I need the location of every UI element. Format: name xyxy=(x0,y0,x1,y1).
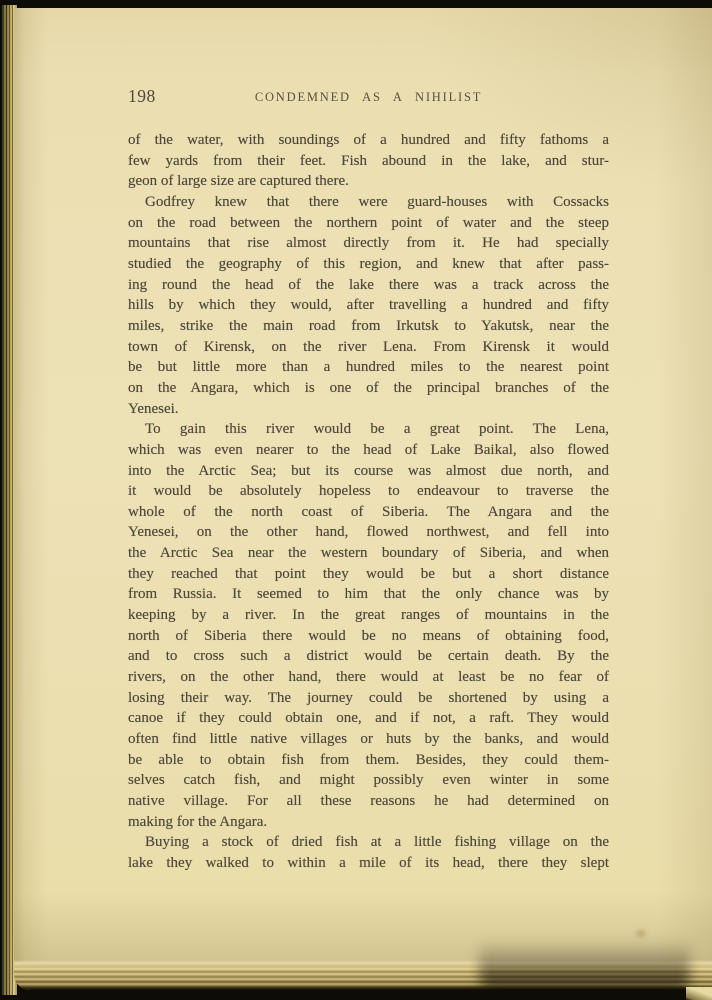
text-line: miles, strike the main road from Irkutsk… xyxy=(128,316,609,337)
text-line: it would be absolutely hopeless to endea… xyxy=(128,481,609,502)
text-line: Yenesei. xyxy=(128,399,609,420)
paragraph: To gain this river would be a great poin… xyxy=(128,419,609,832)
text-line: of the water, with soundings of a hundre… xyxy=(128,130,609,151)
text-line: often find little native villages or hut… xyxy=(128,729,609,750)
page-number: 198 xyxy=(128,86,156,107)
text-line: Buying a stock of dried fish at a little… xyxy=(128,832,609,853)
text-line: on the Angara, which is one of the princ… xyxy=(128,378,609,399)
bottom-shadow xyxy=(479,940,690,988)
text-line: which was even nearer to the head of Lak… xyxy=(128,440,609,461)
text-line: selves catch fish, and might possibly ev… xyxy=(128,770,609,791)
text-line: hills by which they would, after travell… xyxy=(128,295,609,316)
text-line: north of Siberia there would be no means… xyxy=(128,626,609,647)
text-line: keeping by a river. In the great ranges … xyxy=(128,605,609,626)
text-line: town of Kirensk, on the river Lena. From… xyxy=(128,337,609,358)
book-scan: 198 CONDEMNED AS A NIHILIST of the water… xyxy=(0,0,712,1000)
text-line: the Arctic Sea near the western boundary… xyxy=(128,543,609,564)
text-line: canoe if they could obtain one, and if n… xyxy=(128,708,609,729)
text-line: To gain this river would be a great poin… xyxy=(128,419,609,440)
text-line: be able to obtain fish from them. Beside… xyxy=(128,750,609,771)
running-title: CONDEMNED AS A NIHILIST xyxy=(128,86,609,105)
paragraph: Godfrey knew that there were guard-house… xyxy=(128,192,609,419)
text-body: of the water, with soundings of a hundre… xyxy=(128,130,609,874)
cover-corner xyxy=(686,987,712,1000)
paragraph: of the water, with soundings of a hundre… xyxy=(128,130,609,192)
text-line: few yards from their feet. Fish abound i… xyxy=(128,151,609,172)
text-line: be but little more than a hundred miles … xyxy=(128,357,609,378)
text-line: Godfrey knew that there were guard-house… xyxy=(128,192,609,213)
text-line: losing their way. The journey could be s… xyxy=(128,688,609,709)
text-line: studied the geography of this region, an… xyxy=(128,254,609,275)
text-line: Yenesei, on the other hand, flowed north… xyxy=(128,522,609,543)
text-line: rivers, on the other hand, there would a… xyxy=(128,667,609,688)
text-line: native village. For all these reasons he… xyxy=(128,791,609,812)
foxing-spot xyxy=(636,930,646,937)
text-line: whole of the north coast of Siberia. The… xyxy=(128,502,609,523)
text-line: mountains that rise almost directly from… xyxy=(128,233,609,254)
page-header: 198 CONDEMNED AS A NIHILIST xyxy=(128,86,609,105)
text-line: making for the Angara. xyxy=(128,812,609,833)
text-line: ing round the head of the lake there was… xyxy=(128,275,609,296)
book-page: 198 CONDEMNED AS A NIHILIST of the water… xyxy=(14,8,712,990)
text-line: geon of large size are captured there. xyxy=(128,171,609,192)
text-line: from Russia. It seemed to him that the o… xyxy=(128,584,609,605)
paragraph: Buying a stock of dried fish at a little… xyxy=(128,832,609,873)
text-line: lake they walked to within a mile of its… xyxy=(128,853,609,874)
text-line: into the Arctic Sea; but its course was … xyxy=(128,461,609,482)
text-line: and to cross such a district would be ce… xyxy=(128,646,609,667)
text-line: they reached that point they would be bu… xyxy=(128,564,609,585)
text-line: on the road between the northern point o… xyxy=(128,213,609,234)
